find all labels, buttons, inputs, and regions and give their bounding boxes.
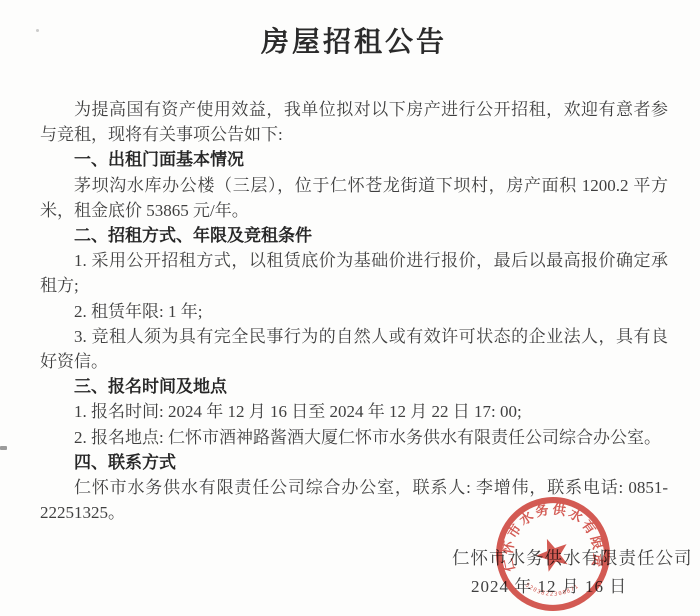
- section-1-paragraph: 茅坝沟水库办公楼（三层），位于仁怀苍龙街道下坝村，房产面积 1200.2 平方米…: [40, 173, 668, 223]
- section-1-heading: 一、出租门面基本情况: [40, 147, 668, 172]
- signature-date: 2024 年 12 月 16 日: [471, 572, 627, 597]
- scan-artifact: [0, 446, 7, 450]
- announcement-document: 房屋招租公告 为提高国有资产使用效益，我单位拟对以下房产进行公开招租，欢迎有意者…: [0, 0, 700, 616]
- signature-company-name: 仁怀市水务供水有限责任公司: [452, 545, 693, 570]
- section-2-item-2: 2. 租赁年限: 1 年;: [40, 299, 668, 324]
- intro-paragraph: 为提高国有资产使用效益，我单位拟对以下房产进行公开招租，欢迎有意者参与竞租，现将…: [40, 97, 668, 147]
- section-3-heading: 三、报名时间及地点: [40, 374, 668, 399]
- document-body: 为提高国有资产使用效益，我单位拟对以下房产进行公开招租，欢迎有意者参与竞租，现将…: [40, 97, 668, 525]
- section-2-item-1: 1. 采用公开招租方式，以租赁底价为基础价进行报价，最后以最高报价确定承租方;: [40, 248, 668, 298]
- scan-speck: [36, 29, 39, 32]
- section-3-item-2: 2. 报名地点: 仁怀市酒神路酱酒大厦仁怀市水务供水有限责任公司综合办公室。: [40, 425, 668, 450]
- section-2-item-3: 3. 竞租人须为具有完全民事行为的自然人或有效许可状态的企业法人，具有良好资信。: [40, 324, 668, 374]
- section-2-heading: 二、招租方式、年限及竞租条件: [40, 223, 668, 248]
- page-title: 房屋招租公告: [40, 26, 668, 60]
- section-3-item-1: 1. 报名时间: 2024 年 12 月 16 日至 2024 年 12 月 2…: [40, 399, 668, 424]
- section-4-paragraph: 仁怀市水务供水有限责任公司综合办公室，联系人: 李增伟，联系电话: 0851-2…: [40, 475, 668, 525]
- section-4-heading: 四、联系方式: [40, 450, 668, 475]
- document-content: 房屋招租公告 为提高国有资产使用效益，我单位拟对以下房产进行公开招租，欢迎有意者…: [40, 26, 668, 525]
